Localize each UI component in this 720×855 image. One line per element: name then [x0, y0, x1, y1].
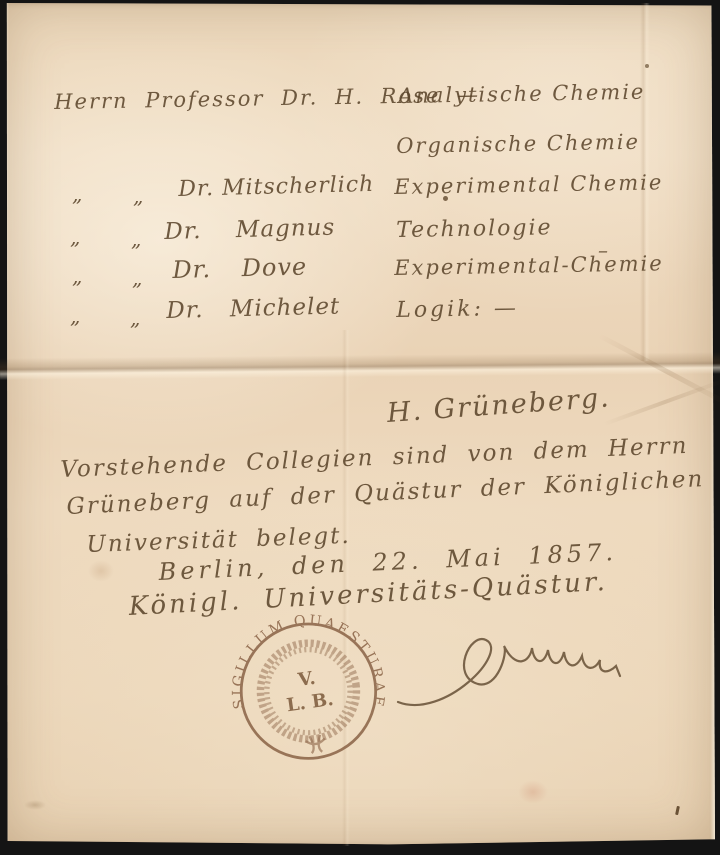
ditto-mark: „ [72, 182, 82, 206]
quaestor-signature [392, 618, 642, 728]
foxing-stain-1 [518, 780, 548, 804]
listing-row3-name: Dr. Magnus [164, 215, 336, 245]
listing-row5-name: Dr. Michelet [166, 293, 341, 324]
listing-row1-subject1: Analytische Chemie [398, 80, 646, 108]
stamp-center-line1: V. [296, 668, 317, 691]
ditto-mark: „ [130, 306, 140, 330]
stamp-center-line2: L. B. [285, 689, 334, 716]
foxing-stain-2 [88, 560, 114, 582]
listing-row4-subject: Experimental-Chemie [394, 251, 664, 280]
stamp-wreath-outer [254, 637, 362, 745]
ditto-mark: „ [133, 184, 143, 208]
listing-row5-subject: Logik: — [396, 296, 519, 323]
quaestur-seal-stamp: SIGILLUM QUAESTURAE. V. L. B. [218, 598, 399, 779]
signature-flourish-stroke [398, 639, 620, 705]
listing-row2-subject: Experimental Chemie [394, 170, 663, 199]
ditto-mark: „ [131, 227, 141, 251]
listing-row1-subject2: Organische Chemie [396, 130, 640, 158]
paper-right-edge-highlight [710, 3, 715, 846]
ditto-mark: „ [70, 304, 80, 328]
listing-row2-name: Dr. Mitscherlich [178, 172, 375, 202]
paper-left-edge-highlight [4, 3, 9, 846]
ink-speck-2 [645, 64, 649, 68]
listing-row3-subject: Technologie [396, 215, 553, 243]
ditto-mark: „ [72, 264, 82, 288]
listing-row4-name: Dr. Dove [172, 252, 307, 284]
scanned-document-photo: Herrn Professor Dr. H. Rose — Analytisch… [0, 0, 720, 855]
ditto-mark: „ [132, 266, 142, 290]
ditto-mark: „ [70, 225, 80, 249]
foxing-stain-3 [24, 800, 46, 810]
